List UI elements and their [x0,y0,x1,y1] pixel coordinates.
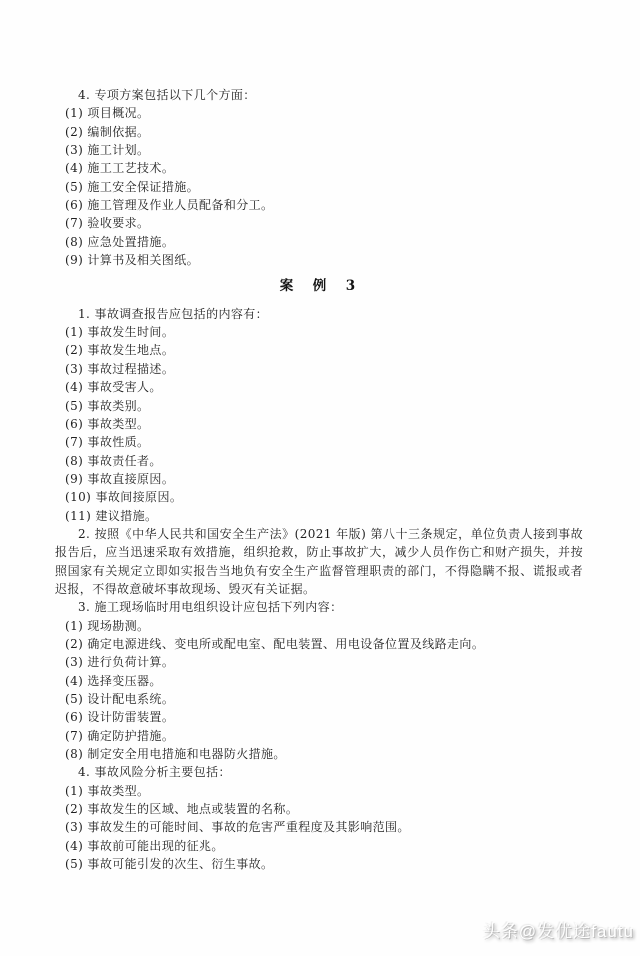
text-line: (2) 事故发生的区域、地点或装置的名称。 [55,800,583,818]
text-line: (5) 施工安全保证措施。 [55,178,583,196]
text-line: 4. 专项方案包括以下几个方面： [55,86,583,104]
text-line: (8) 事故责任者。 [55,452,583,470]
text-line: (5) 事故类别。 [55,397,583,415]
text-line: (3) 事故发生的可能时间、事故的危害严重程度及其影响范围。 [55,818,583,836]
law-paragraph: 2. 按照《中华人民共和国安全生产法》(2021 年版) 第八十三条规定，单位负… [55,525,583,598]
case-heading: 案 例 3 [55,269,583,304]
text-line: (2) 事故发生地点。 [55,341,583,359]
text-line: (3) 进行负荷计算。 [55,653,583,671]
text-line: (11) 建议措施。 [55,507,583,525]
document-text-block: 4. 专项方案包括以下几个方面： (1) 项目概况。 (2) 编制依据。 (3)… [55,86,583,873]
text-line: (1) 事故类型。 [55,782,583,800]
text-line: (7) 事故性质。 [55,433,583,451]
text-line: (6) 施工管理及作业人员配备和分工。 [55,196,583,214]
text-line: (5) 事故可能引发的次生、衍生事故。 [55,855,583,873]
text-line: 4. 事故风险分析主要包括： [55,763,583,781]
document-page: 4. 专项方案包括以下几个方面： (1) 项目概况。 (2) 编制依据。 (3)… [0,0,640,956]
text-line: (10) 事故间接原因。 [55,488,583,506]
toutiao-watermark: 头条@发优途fautu [483,917,634,942]
text-line: (8) 应急处置措施。 [55,233,583,251]
text-line: 3. 施工现场临时用电组织设计应包括下列内容： [55,598,583,616]
text-line: (3) 事故过程描述。 [55,360,583,378]
text-line: (4) 施工工艺技术。 [55,159,583,177]
text-line: 1. 事故调查报告应包括的内容有： [55,305,583,323]
text-line: (4) 事故前可能出现的征兆。 [55,837,583,855]
text-line: (4) 事故受害人。 [55,378,583,396]
text-line: (2) 确定电源进线、变电所或配电室、配电装置、用电设备位置及线路走向。 [55,635,583,653]
text-line: (7) 验收要求。 [55,214,583,232]
text-line: (9) 计算书及相关图纸。 [55,251,583,269]
text-line: (3) 施工计划。 [55,141,583,159]
text-line: (1) 事故发生时间。 [55,323,583,341]
text-line: (5) 设计配电系统。 [55,690,583,708]
text-line: (8) 制定安全用电措施和电器防火措施。 [55,745,583,763]
text-line: (2) 编制依据。 [55,123,583,141]
text-line: (6) 事故类型。 [55,415,583,433]
text-line: (6) 设计防雷装置。 [55,708,583,726]
text-line: (4) 选择变压器。 [55,672,583,690]
text-line: (9) 事故直接原因。 [55,470,583,488]
text-line: (1) 项目概况。 [55,104,583,122]
text-line: (1) 现场勘测。 [55,617,583,635]
text-line: (7) 确定防护措施。 [55,727,583,745]
